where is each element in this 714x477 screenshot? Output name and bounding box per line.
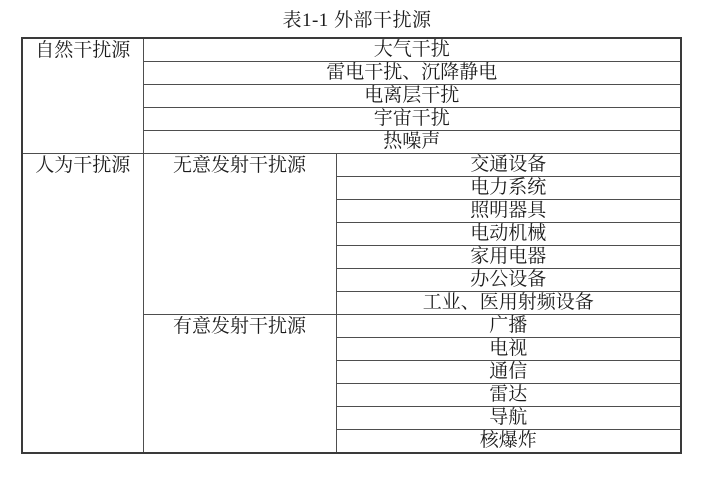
item-cell: 导航 [336,407,681,430]
item-cell: 雷电干扰、沉降静电 [143,62,681,85]
category-cell: 自然干扰源 [22,38,143,154]
page-title: 表1-1 外部干扰源 [0,5,714,32]
item-cell: 雷达 [336,384,681,407]
subgroup-cell: 有意发射干扰源 [143,315,336,454]
table-row: 人为干扰源无意发射干扰源交通设备 [22,154,681,177]
item-cell: 办公设备 [336,269,681,292]
item-cell: 宇宙干扰 [143,108,681,131]
item-cell: 广播 [336,315,681,338]
item-cell: 电视 [336,338,681,361]
interference-table: 自然干扰源大气干扰雷电干扰、沉降静电电离层干扰宇宙干扰热噪声人为干扰源无意发射干… [21,37,682,454]
item-cell: 电力系统 [336,177,681,200]
interference-table-container: 自然干扰源大气干扰雷电干扰、沉降静电电离层干扰宇宙干扰热噪声人为干扰源无意发射干… [21,37,682,454]
item-cell: 工业、医用射频设备 [336,292,681,315]
item-cell: 热噪声 [143,131,681,154]
item-cell: 家用电器 [336,246,681,269]
item-cell: 照明器具 [336,200,681,223]
item-cell: 交通设备 [336,154,681,177]
item-cell: 通信 [336,361,681,384]
item-cell: 电动机械 [336,223,681,246]
subgroup-cell: 无意发射干扰源 [143,154,336,315]
interference-table-body: 自然干扰源大气干扰雷电干扰、沉降静电电离层干扰宇宙干扰热噪声人为干扰源无意发射干… [22,38,681,453]
category-cell: 人为干扰源 [22,154,143,454]
item-cell: 电离层干扰 [143,85,681,108]
table-row: 自然干扰源大气干扰 [22,38,681,62]
item-cell: 核爆炸 [336,430,681,454]
item-cell: 大气干扰 [143,38,681,62]
